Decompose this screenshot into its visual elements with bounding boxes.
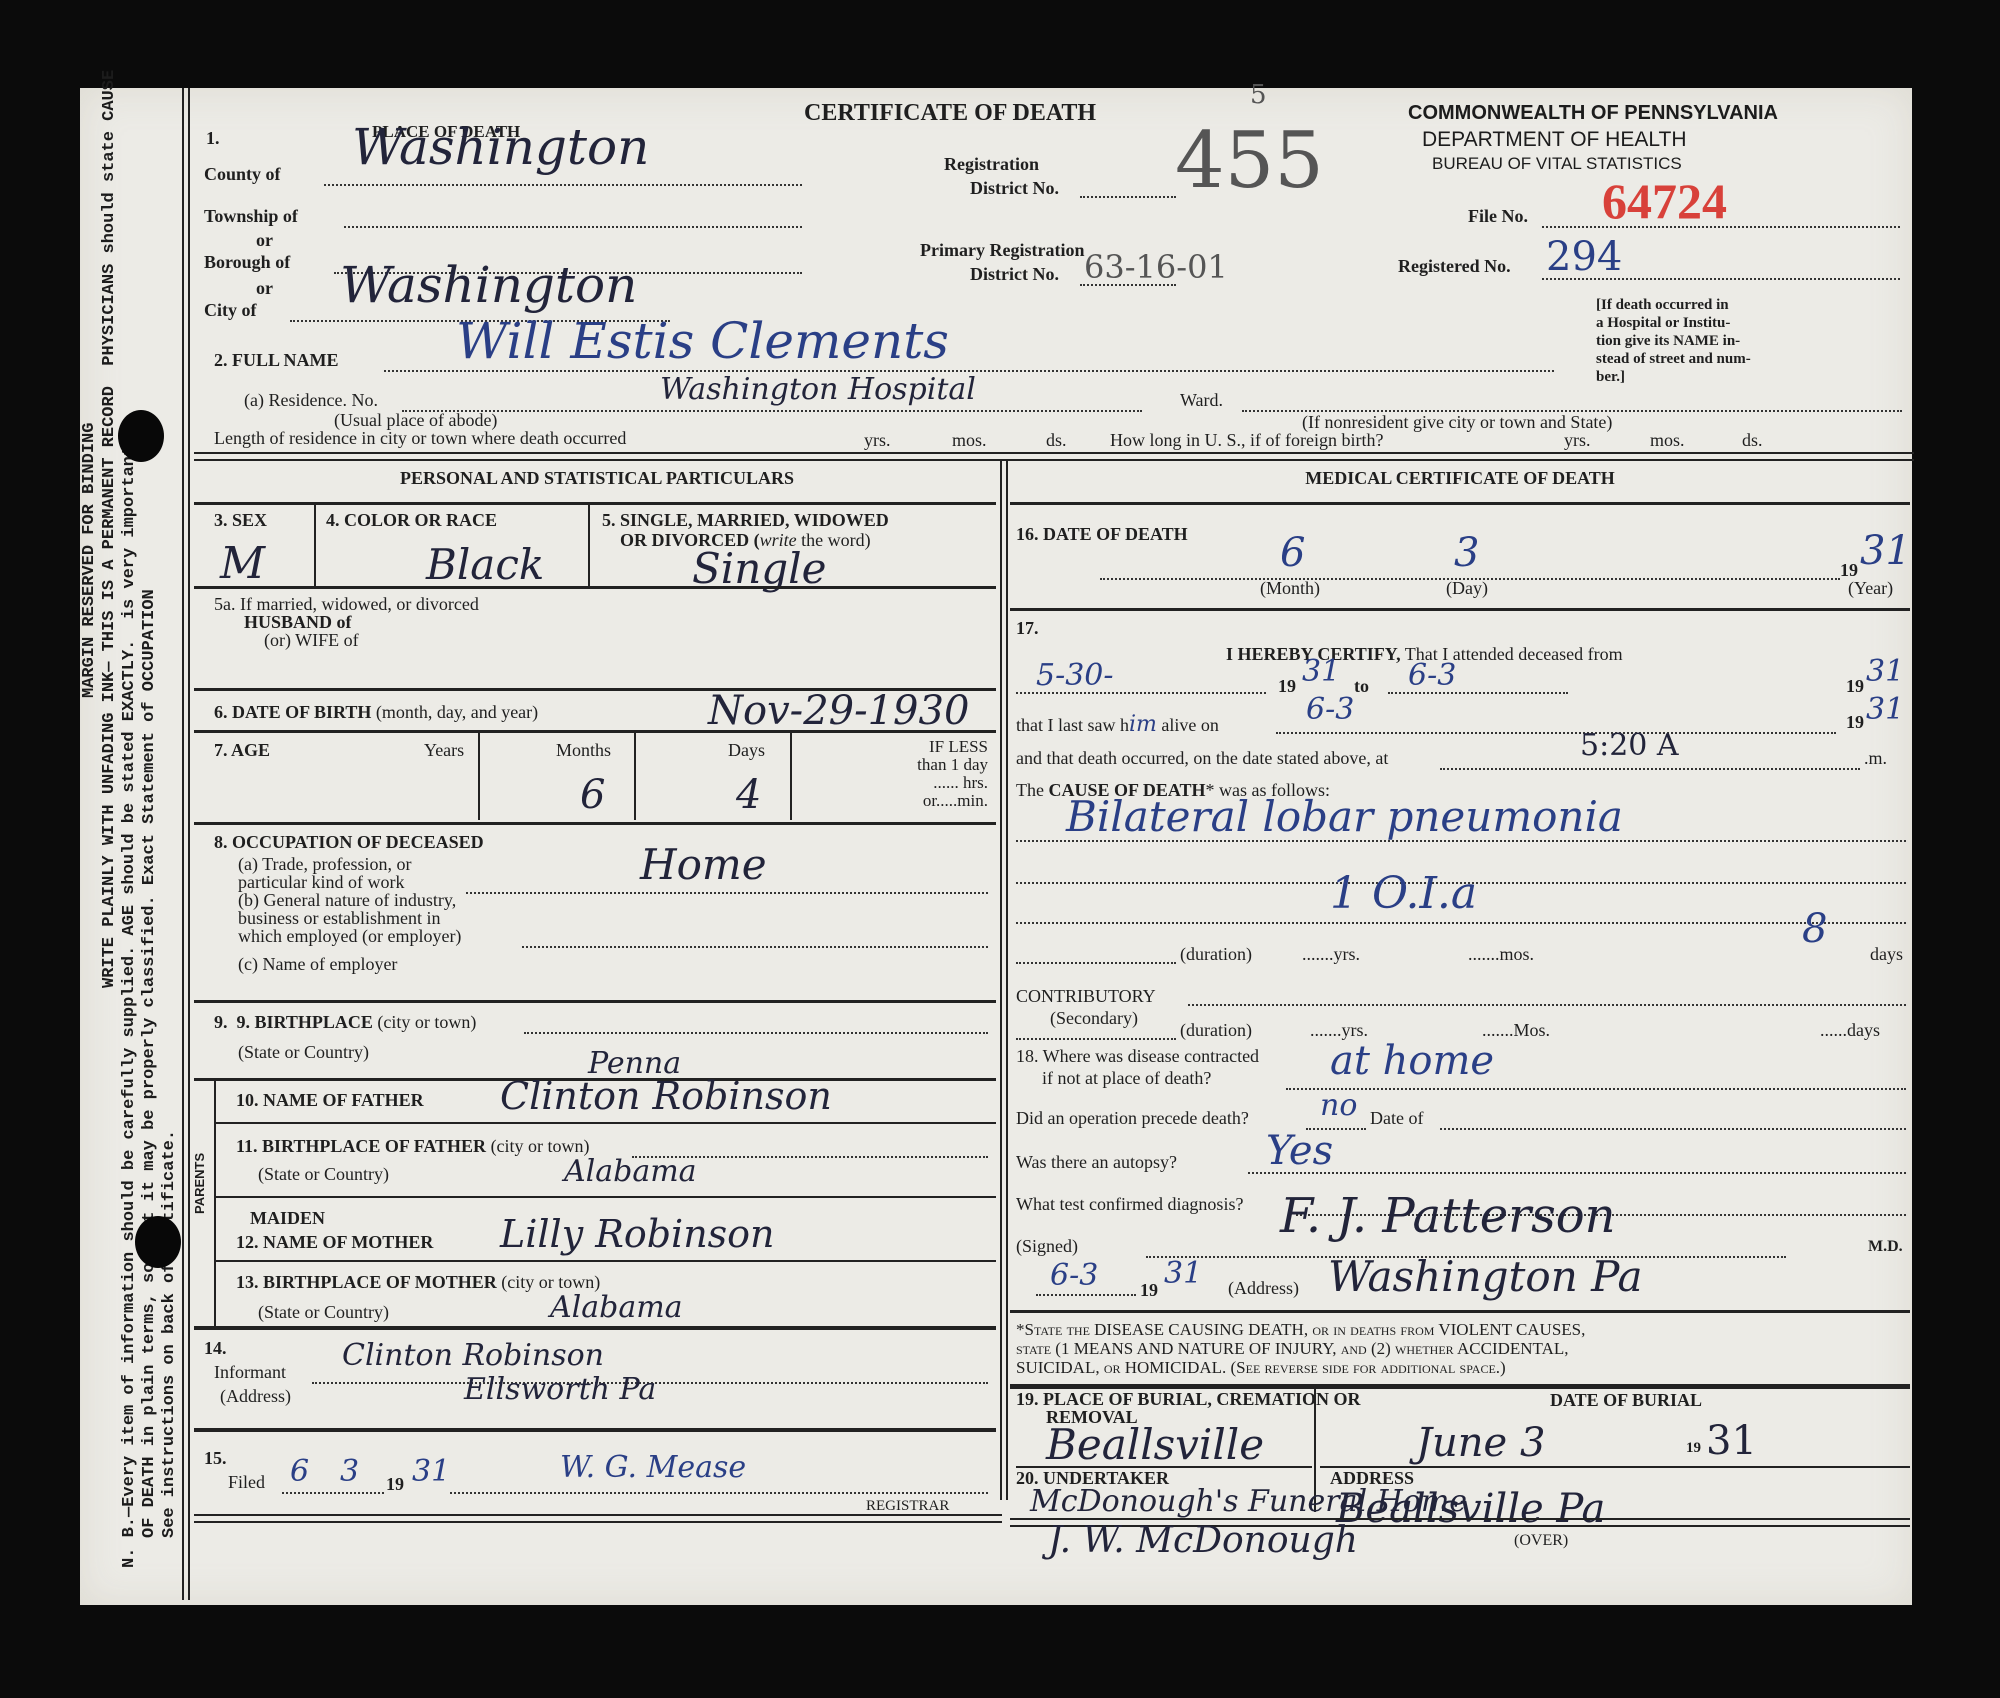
registrar-signature: W. G. Mease: [560, 1450, 746, 1485]
disease-contracted-value: at home: [1330, 1038, 1494, 1084]
binding-hole-bottom: [135, 1216, 181, 1268]
mother-name-value: Lilly Robinson: [500, 1212, 775, 1256]
death-year: 31: [1860, 528, 1911, 574]
death-month: 6: [1280, 530, 1305, 576]
undertaker-signature: J. W. McDonough: [1048, 1520, 1358, 1561]
hospital-note: [If death occurred in a Hospital or Inst…: [1596, 296, 1856, 386]
column-divider: [1000, 460, 1008, 1500]
binding-hole-top: [118, 410, 164, 462]
header-divider: [194, 452, 1914, 461]
race-value: Black: [426, 540, 544, 589]
medical-heading: MEDICAL CERTIFICATE OF DEATH: [1010, 468, 1910, 489]
age-months-value: 6: [580, 772, 605, 818]
attended-to: 6-3: [1408, 658, 1456, 693]
cause-of-death-value: Bilateral lobar pneumonia: [1066, 792, 1623, 841]
mother-birthplace-value: Alabama: [550, 1290, 683, 1325]
filed-month: 6: [290, 1454, 309, 1489]
burial-year: 31: [1706, 1418, 1757, 1464]
certificate-title: CERTIFICATE OF DEATH: [804, 100, 1096, 127]
personal-heading: PERSONAL AND STATISTICAL PARTICULARS: [194, 468, 1000, 489]
registration-district-no: 455: [1175, 116, 1324, 206]
parents-side-label: PARENTS: [192, 1153, 207, 1214]
file-number-stamp: 64724: [1602, 172, 1727, 230]
father-birthplace-value: Alabama: [564, 1154, 697, 1189]
bureau-name: BUREAU OF VITAL STATISTICS: [1432, 154, 1682, 174]
item-1-number: 1.: [206, 128, 220, 149]
physician-signature: F. J. Patterson: [1280, 1188, 1616, 1244]
autopsy-value: Yes: [1266, 1128, 1333, 1174]
burial-place-value: Beallsville: [1046, 1420, 1264, 1469]
cause-secondary-value: 1 O.I.a: [1330, 868, 1477, 919]
primary-registration-no: 63-16-01: [1084, 248, 1228, 286]
registered-no: 294: [1546, 234, 1622, 280]
attended-to-year: 31: [1866, 654, 1904, 689]
less-than-day-box: IF LESS than 1 day ...... hrs. or.....mi…: [812, 738, 988, 810]
signed-year: 31: [1164, 1256, 1202, 1291]
filed-year: 31: [412, 1454, 450, 1489]
cause-footnote: *State the DISEASE CAUSING DEATH, or in …: [1016, 1320, 1585, 1377]
time-of-death: 5:20 A: [1580, 728, 1679, 763]
city-value: Washington: [340, 256, 637, 314]
pencil-mark: 5: [1250, 80, 1267, 110]
full-name-value: Will Estis Clements: [456, 312, 949, 370]
burial-date-value: June 3: [1416, 1420, 1545, 1466]
operation-value: no: [1320, 1088, 1357, 1123]
attended-from: 5-30-: [1036, 658, 1114, 693]
last-saw-date: 6-3: [1306, 692, 1354, 727]
occupation-value: Home: [640, 840, 767, 889]
filed-day: 3: [340, 1454, 359, 1489]
margin-instructions: MARGIN RESERVED FOR BINDING WRITE PLAINL…: [80, 70, 180, 1568]
informant-address-value: Ellsworth Pa: [464, 1372, 656, 1407]
attended-from-year: 31: [1302, 654, 1340, 689]
physician-address: Washington Pa: [1328, 1252, 1643, 1301]
department-name: DEPARTMENT OF HEALTH: [1422, 128, 1686, 152]
date-of-birth-value: Nov-29-1930: [708, 688, 969, 734]
death-certificate: MARGIN RESERVED FOR BINDING WRITE PLAINL…: [80, 88, 1912, 1605]
signed-date: 6-3: [1050, 1258, 1098, 1293]
father-name-value: Clinton Robinson: [500, 1074, 832, 1118]
margin-divider: [182, 88, 190, 1600]
state-name: COMMONWEALTH OF PENNSYLVANIA: [1408, 102, 1778, 125]
sex-value: M: [220, 538, 265, 589]
last-saw-year: 31: [1866, 692, 1904, 727]
residence-value: Washington Hospital: [660, 372, 976, 407]
informant-value: Clinton Robinson: [342, 1338, 604, 1373]
death-day: 3: [1454, 530, 1479, 576]
county-value: Washington: [352, 118, 649, 176]
age-days-value: 4: [736, 772, 761, 818]
duration-days: 8: [1802, 906, 1827, 952]
